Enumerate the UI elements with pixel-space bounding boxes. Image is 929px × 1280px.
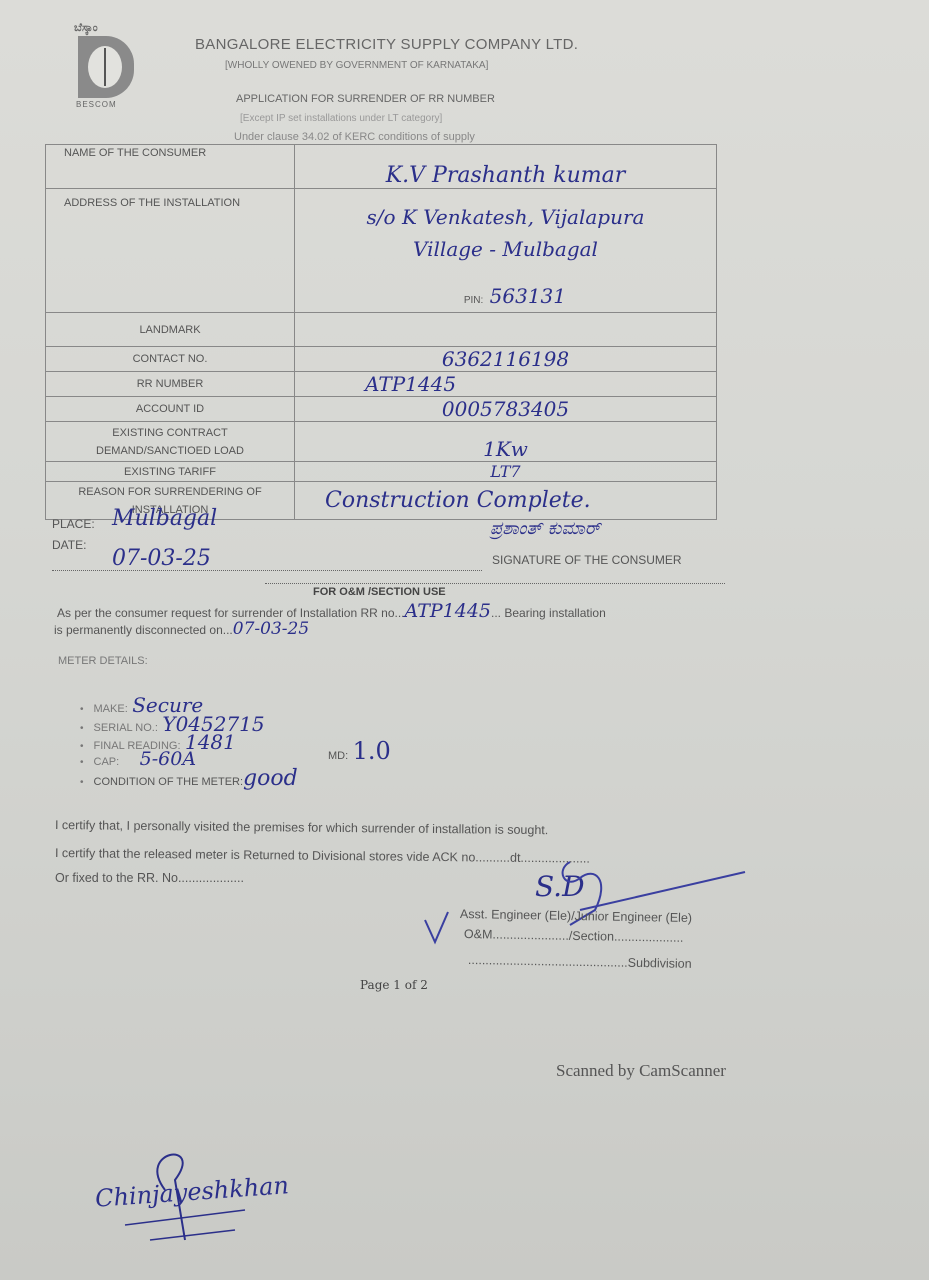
exception-note: [Except IP set installations under LT ca… bbox=[240, 113, 442, 124]
section-disconnect-date: 07-03-25 bbox=[233, 619, 309, 639]
certify-line-1: I certify that, I personally visited the… bbox=[55, 818, 548, 837]
bottom-signature-strokes bbox=[95, 1140, 275, 1250]
meter-item-make: •MAKE: Secure bbox=[80, 693, 298, 712]
date-value: 07-03-25 bbox=[112, 546, 211, 571]
table-row: ACCOUNT ID 0005783405 bbox=[46, 397, 717, 422]
date-dotted-line bbox=[52, 570, 482, 571]
rr-number-label: RR NUMBER bbox=[46, 372, 295, 397]
table-row: CONTACT NO. 6362116198 bbox=[46, 347, 717, 372]
contract-demand-label-line-2: DEMAND/SANCTIOED LOAD bbox=[46, 445, 294, 457]
camscanner-watermark: Scanned by CamScanner bbox=[556, 1061, 726, 1081]
table-row: ADDRESS OF THE INSTALLATION s/o K Venkat… bbox=[46, 189, 717, 313]
logo-b-mark bbox=[78, 36, 134, 98]
name-value: K.V Prashanth kumar bbox=[295, 145, 717, 189]
contract-demand-label-line-1: EXISTING CONTRACT bbox=[46, 427, 294, 439]
section-line2-prefix: is permanently disconnected on... bbox=[54, 623, 233, 637]
clause-note: Under clause 34.02 of KERC conditions of… bbox=[234, 131, 475, 143]
reason-value: Construction Complete. bbox=[295, 482, 717, 520]
contact-value: 6362116198 bbox=[295, 347, 717, 372]
contact-label: CONTACT NO. bbox=[46, 347, 295, 372]
account-id-value: 0005783405 bbox=[295, 397, 717, 422]
consumer-signature: ಪ್ರಶಾಂತ್ ಕುಮಾರ್ bbox=[490, 518, 600, 539]
section-divider bbox=[265, 583, 725, 584]
table-row: RR NUMBER ATP1445 bbox=[46, 372, 717, 397]
rr-number-value: ATP1445 bbox=[295, 372, 717, 397]
section-use-line-2: is permanently disconnected on...07-03-2… bbox=[54, 619, 309, 639]
place-value: Mulbagal bbox=[112, 506, 217, 531]
address-value: s/o K Venkatesh, Vijalapura Village - Mu… bbox=[295, 189, 717, 313]
meter-item-cap: •CAP: 5-60A bbox=[80, 748, 298, 766]
certify-line-3: Or fixed to the RR. No..................… bbox=[55, 871, 244, 885]
landmark-value bbox=[295, 313, 717, 347]
consumer-details-table: NAME OF THE CONSUMER K.V Prashanth kumar… bbox=[45, 144, 717, 520]
section-rr-no: ATP1445 bbox=[405, 600, 492, 622]
address-line-1: s/o K Venkatesh, Vijalapura bbox=[295, 205, 716, 229]
table-row: NAME OF THE CONSUMER K.V Prashanth kumar bbox=[46, 145, 717, 189]
tariff-label: EXISTING TARIFF bbox=[46, 462, 295, 482]
company-name: BANGALORE ELECTRICITY SUPPLY COMPANY LTD… bbox=[195, 36, 578, 53]
table-row: EXISTING CONTRACT DEMAND/SANCTIOED LOAD … bbox=[46, 422, 717, 462]
bescom-logo: ಬೆಸ್ಕಾಂ BESCOM bbox=[66, 20, 146, 110]
logo-kannada-text: ಬೆಸ್ಕಾಂ bbox=[74, 22, 98, 35]
md-value: 1.0 bbox=[353, 737, 391, 765]
address-line-2: Village - Mulbagal bbox=[295, 237, 716, 261]
contract-demand-label: EXISTING CONTRACT DEMAND/SANCTIOED LOAD bbox=[46, 422, 295, 462]
table-row: LANDMARK bbox=[46, 313, 717, 347]
landmark-label: LANDMARK bbox=[46, 313, 295, 347]
signature-label: SIGNATURE OF THE CONSUMER bbox=[492, 553, 682, 567]
place-label: PLACE: bbox=[52, 517, 95, 531]
meter-details-list: •MAKE: Secure •SERIAL NO.: Y0452715 •FIN… bbox=[80, 693, 298, 786]
meter-details-heading: METER DETAILS: bbox=[58, 655, 148, 667]
section-use-heading: FOR O&M /SECTION USE bbox=[313, 586, 446, 598]
md-label: MD: bbox=[328, 750, 348, 762]
date-label: DATE: bbox=[52, 538, 86, 552]
meter-item-final-reading: •FINAL READING: 1481 bbox=[80, 730, 298, 748]
meter-item-serial: •SERIAL NO.: Y0452715 bbox=[80, 712, 298, 730]
logo-label: BESCOM bbox=[76, 100, 117, 109]
pin-value: 563131 bbox=[490, 284, 566, 308]
page-number: Page 1 of 2 bbox=[360, 978, 428, 992]
meter-item-condition: •CONDITION OF THE METER:good bbox=[80, 766, 298, 786]
address-label: ADDRESS OF THE INSTALLATION bbox=[46, 189, 295, 313]
table-row: EXISTING TARIFF LT7 bbox=[46, 462, 717, 482]
section-line1-prefix: As per the consumer request for surrende… bbox=[57, 606, 405, 620]
contract-demand-value: 1Kw bbox=[295, 422, 717, 462]
tariff-value: LT7 bbox=[295, 462, 717, 482]
name-label: NAME OF THE CONSUMER bbox=[46, 145, 295, 189]
ownership-note: [WHOLLY OWENED BY GOVERNMENT OF KARNATAK… bbox=[225, 60, 488, 71]
pin-label: PIN: bbox=[464, 295, 483, 306]
section-line1-suffix: ... Bearing installation bbox=[491, 606, 606, 620]
account-id-label: ACCOUNT ID bbox=[46, 397, 295, 422]
reason-label-line-1: REASON FOR SURRENDERING OF bbox=[46, 486, 294, 498]
meter-condition-value: good bbox=[243, 766, 298, 791]
form-title: APPLICATION FOR SURRENDER OF RR NUMBER bbox=[236, 93, 495, 105]
meter-md: MD: 1.0 bbox=[328, 737, 391, 765]
